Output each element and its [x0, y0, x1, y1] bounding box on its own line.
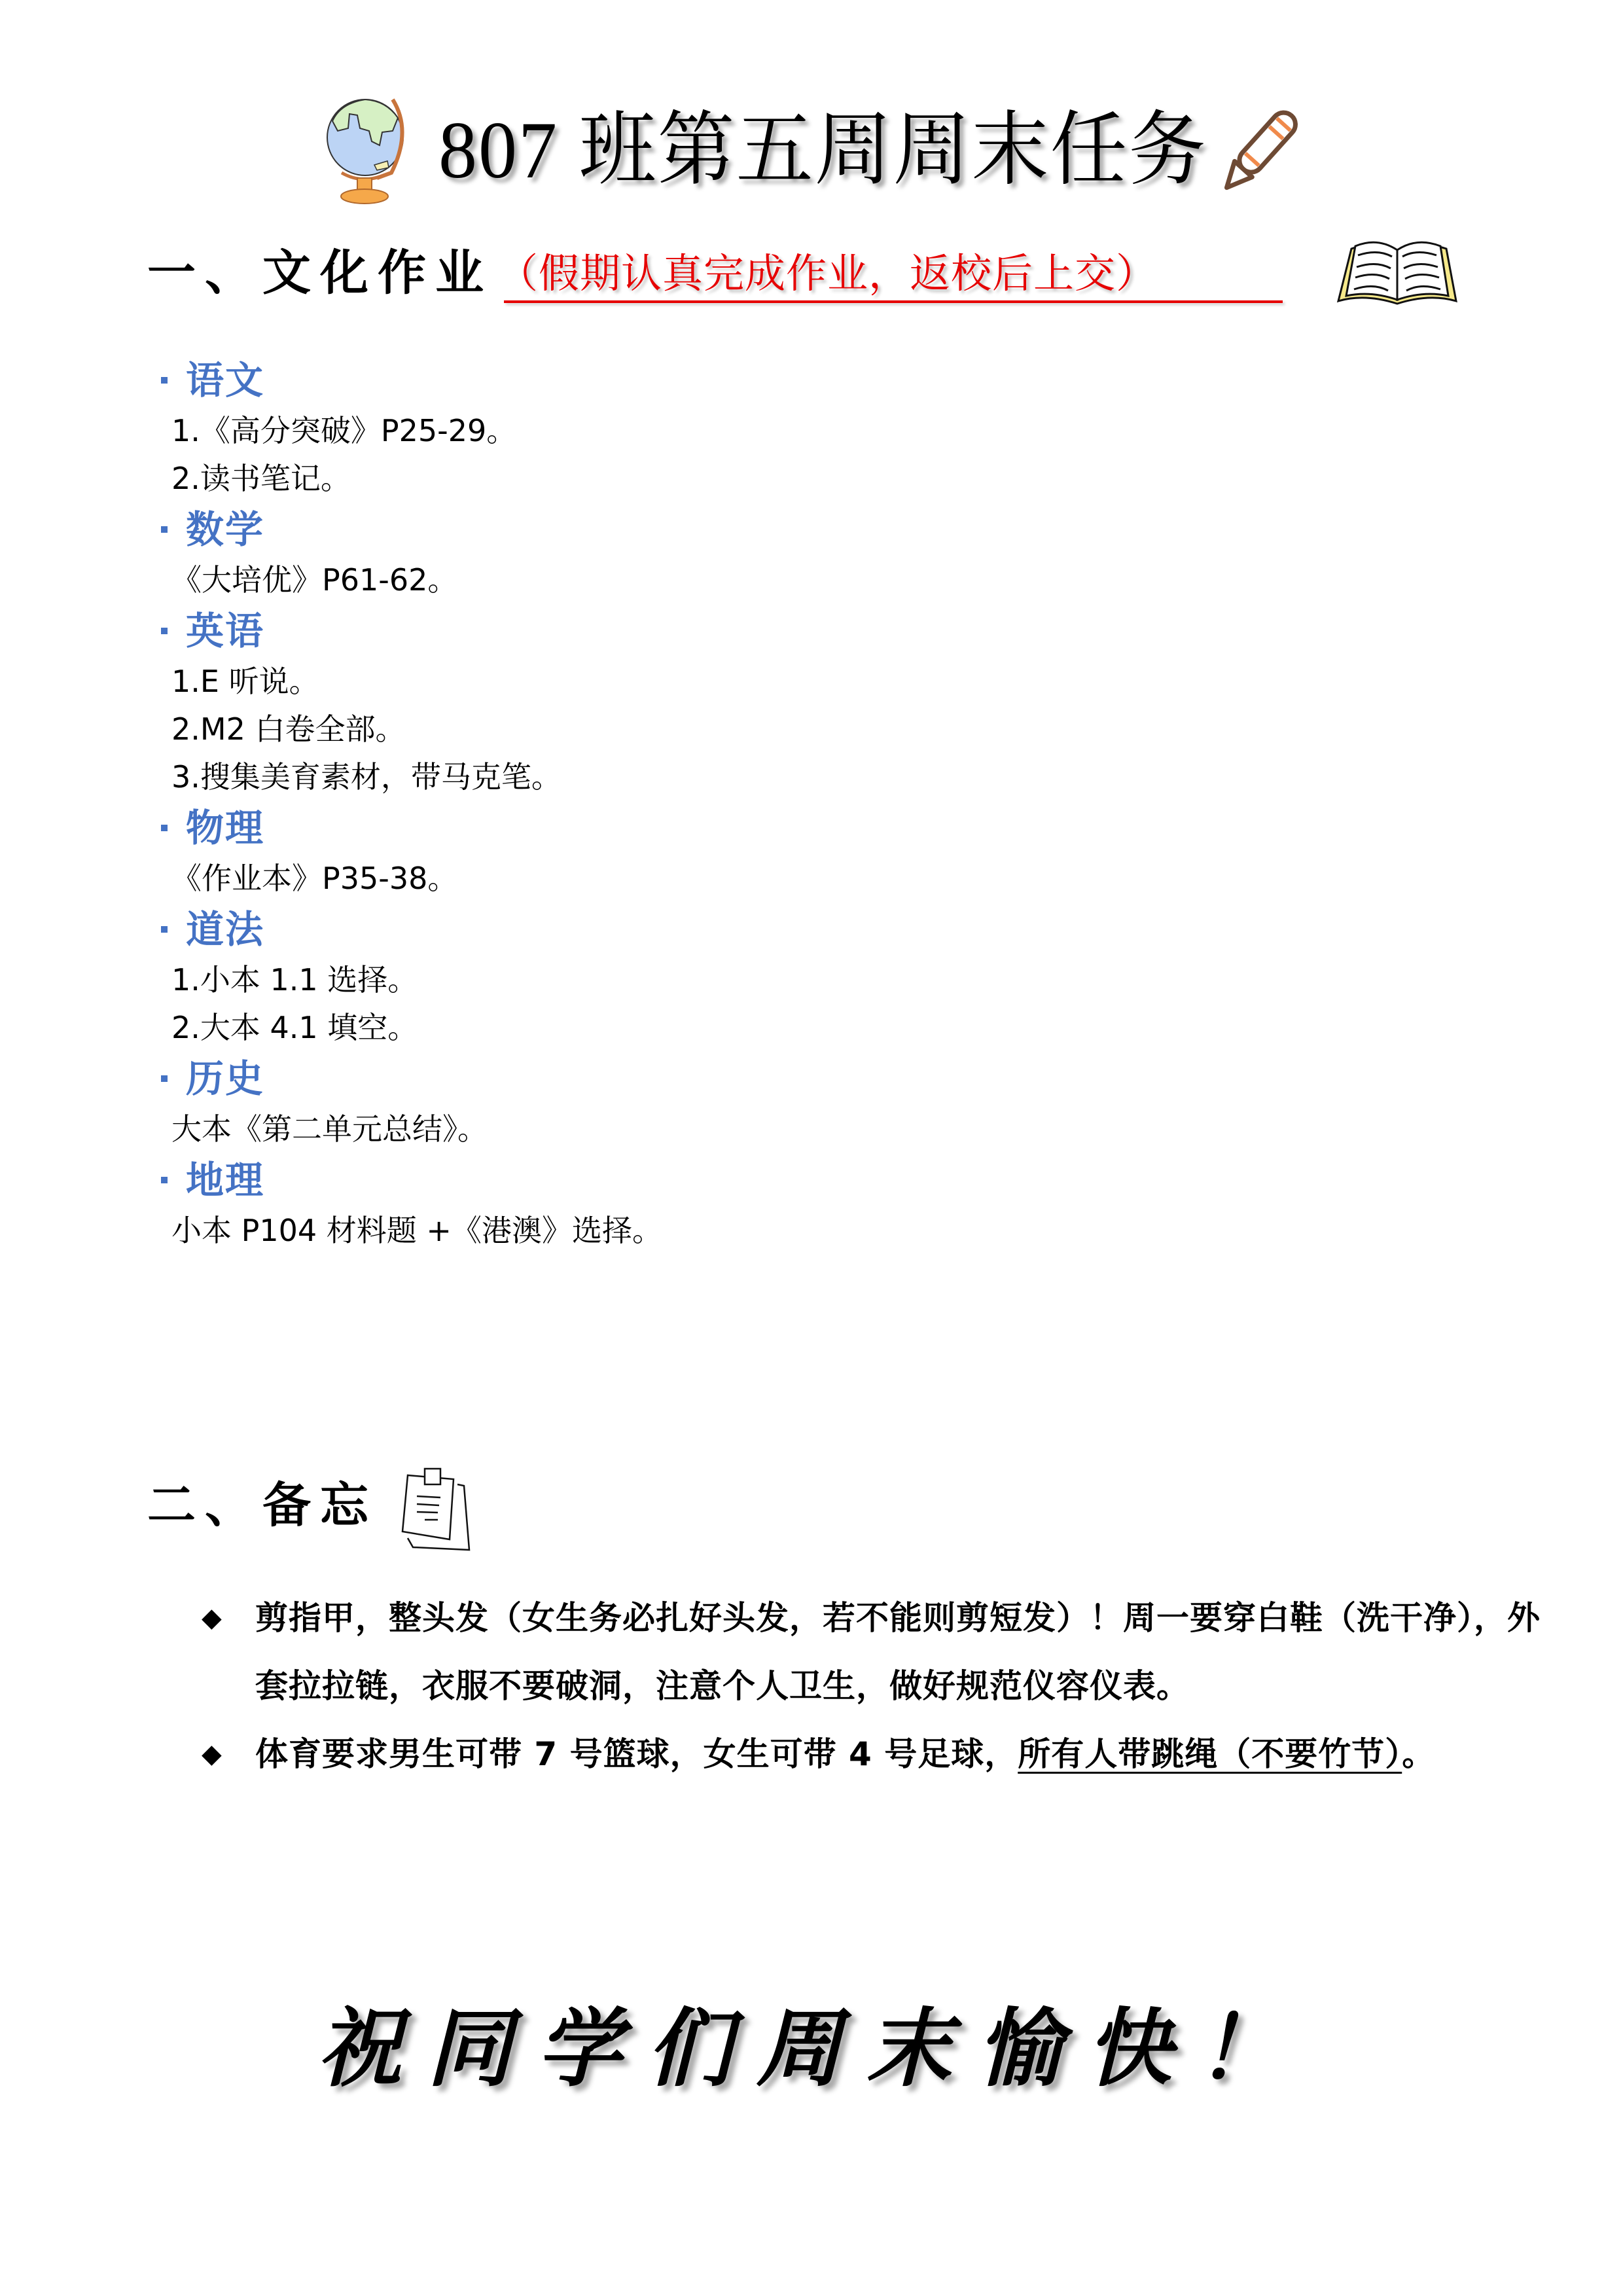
memo-list: ◆ 剪指甲，整头发（女生务必扎好头发，若不能则剪短发）！周一要穿白鞋（洗干净），… — [196, 1584, 1544, 1788]
section-heading-memo: 二、备忘 — [147, 1476, 378, 1535]
task-line: 1.《高分突破》P25-29。 — [171, 407, 1400, 455]
memo-note-icon — [396, 1466, 474, 1551]
task-line: 2.读书笔记。 — [171, 455, 1400, 503]
task-line: 2.大本 4.1 填空。 — [171, 1004, 1400, 1052]
bullet-icon — [161, 377, 168, 384]
bullet-icon — [161, 1177, 168, 1183]
memo-text: 剪指甲，整头发（女生务必扎好头发，若不能则剪短发）！周一要穿白鞋（洗干净），外套… — [255, 1599, 1541, 1705]
bullet-icon — [161, 1075, 168, 1082]
task-line: 《大培优》P61-62。 — [171, 556, 1400, 604]
task-line: 大本《第二单元总结》。 — [171, 1105, 1400, 1153]
subject-name: 物理 — [186, 801, 264, 855]
bullet-icon — [161, 926, 168, 933]
subject-name: 英语 — [186, 604, 264, 658]
subject-name: 语文 — [186, 353, 264, 407]
subject-name: 历史 — [186, 1052, 264, 1105]
diamond-bullet-icon: ◆ — [202, 1720, 223, 1788]
bullet-icon — [161, 526, 168, 533]
closing-message: 祝同学们周末愉快！ — [0, 1996, 1623, 2101]
homework-note: （假期认真完成作业，返校后上交） — [497, 247, 1157, 300]
page-title: 807 班第五周周末任务 — [438, 103, 1207, 199]
task-line: 1.E 听说。 — [171, 658, 1400, 706]
task-line: 小本 P104 材料题 +《港澳》选择。 — [171, 1207, 1400, 1255]
subject-morality-law: 道法 1.小本 1.1 选择。 2.大本 4.1 填空。 — [157, 903, 1400, 1052]
bullet-icon — [161, 825, 168, 831]
bullet-icon — [161, 628, 168, 634]
subject-name: 道法 — [186, 903, 264, 956]
subject-physics: 物理 《作业本》P35-38。 — [157, 801, 1400, 903]
subject-chinese: 语文 1.《高分突破》P25-29。 2.读书笔记。 — [157, 353, 1400, 503]
pencil-icon — [1214, 101, 1312, 193]
memo-item-pe: ◆ 体育要求男生可带 7 号篮球，女生可带 4 号足球，所有人带跳绳（不要竹节）… — [196, 1720, 1544, 1788]
subject-name: 数学 — [186, 503, 264, 556]
task-line: 《作业本》P35-38。 — [171, 855, 1400, 903]
note-underline — [504, 300, 1283, 303]
task-line: 2.M2 白卷全部。 — [171, 706, 1400, 753]
memo-emphasis: 所有人带跳绳（不要竹节） — [1018, 1735, 1402, 1773]
task-line: 1.小本 1.1 选择。 — [171, 956, 1400, 1004]
subject-math: 数学 《大培优》P61-62。 — [157, 503, 1400, 604]
task-line: 3.搜集美育素材，带马克笔。 — [171, 753, 1400, 801]
subject-history: 历史 大本《第二单元总结》。 — [157, 1052, 1400, 1153]
section-heading-homework: 一、文化作业 — [147, 243, 493, 302]
memo-item-grooming: ◆ 剪指甲，整头发（女生务必扎好头发，若不能则剪短发）！周一要穿白鞋（洗干净），… — [196, 1584, 1544, 1720]
title-row: 807 班第五周周末任务 — [0, 92, 1623, 209]
subject-geography: 地理 小本 P104 材料题 +《港澳》选择。 — [157, 1153, 1400, 1255]
subject-english: 英语 1.E 听说。 2.M2 白卷全部。 3.搜集美育素材，带马克笔。 — [157, 604, 1400, 801]
diamond-bullet-icon: ◆ — [202, 1584, 223, 1652]
open-book-icon — [1332, 236, 1463, 311]
globe-icon — [314, 92, 425, 206]
memo-end: 。 — [1402, 1735, 1435, 1773]
subject-name: 地理 — [186, 1153, 264, 1207]
memo-text: 体育要求男生可带 7 号篮球，女生可带 4 号足球， — [255, 1735, 1018, 1773]
subject-list: 语文 1.《高分突破》P25-29。 2.读书笔记。 数学 《大培优》P61-6… — [157, 353, 1400, 1255]
